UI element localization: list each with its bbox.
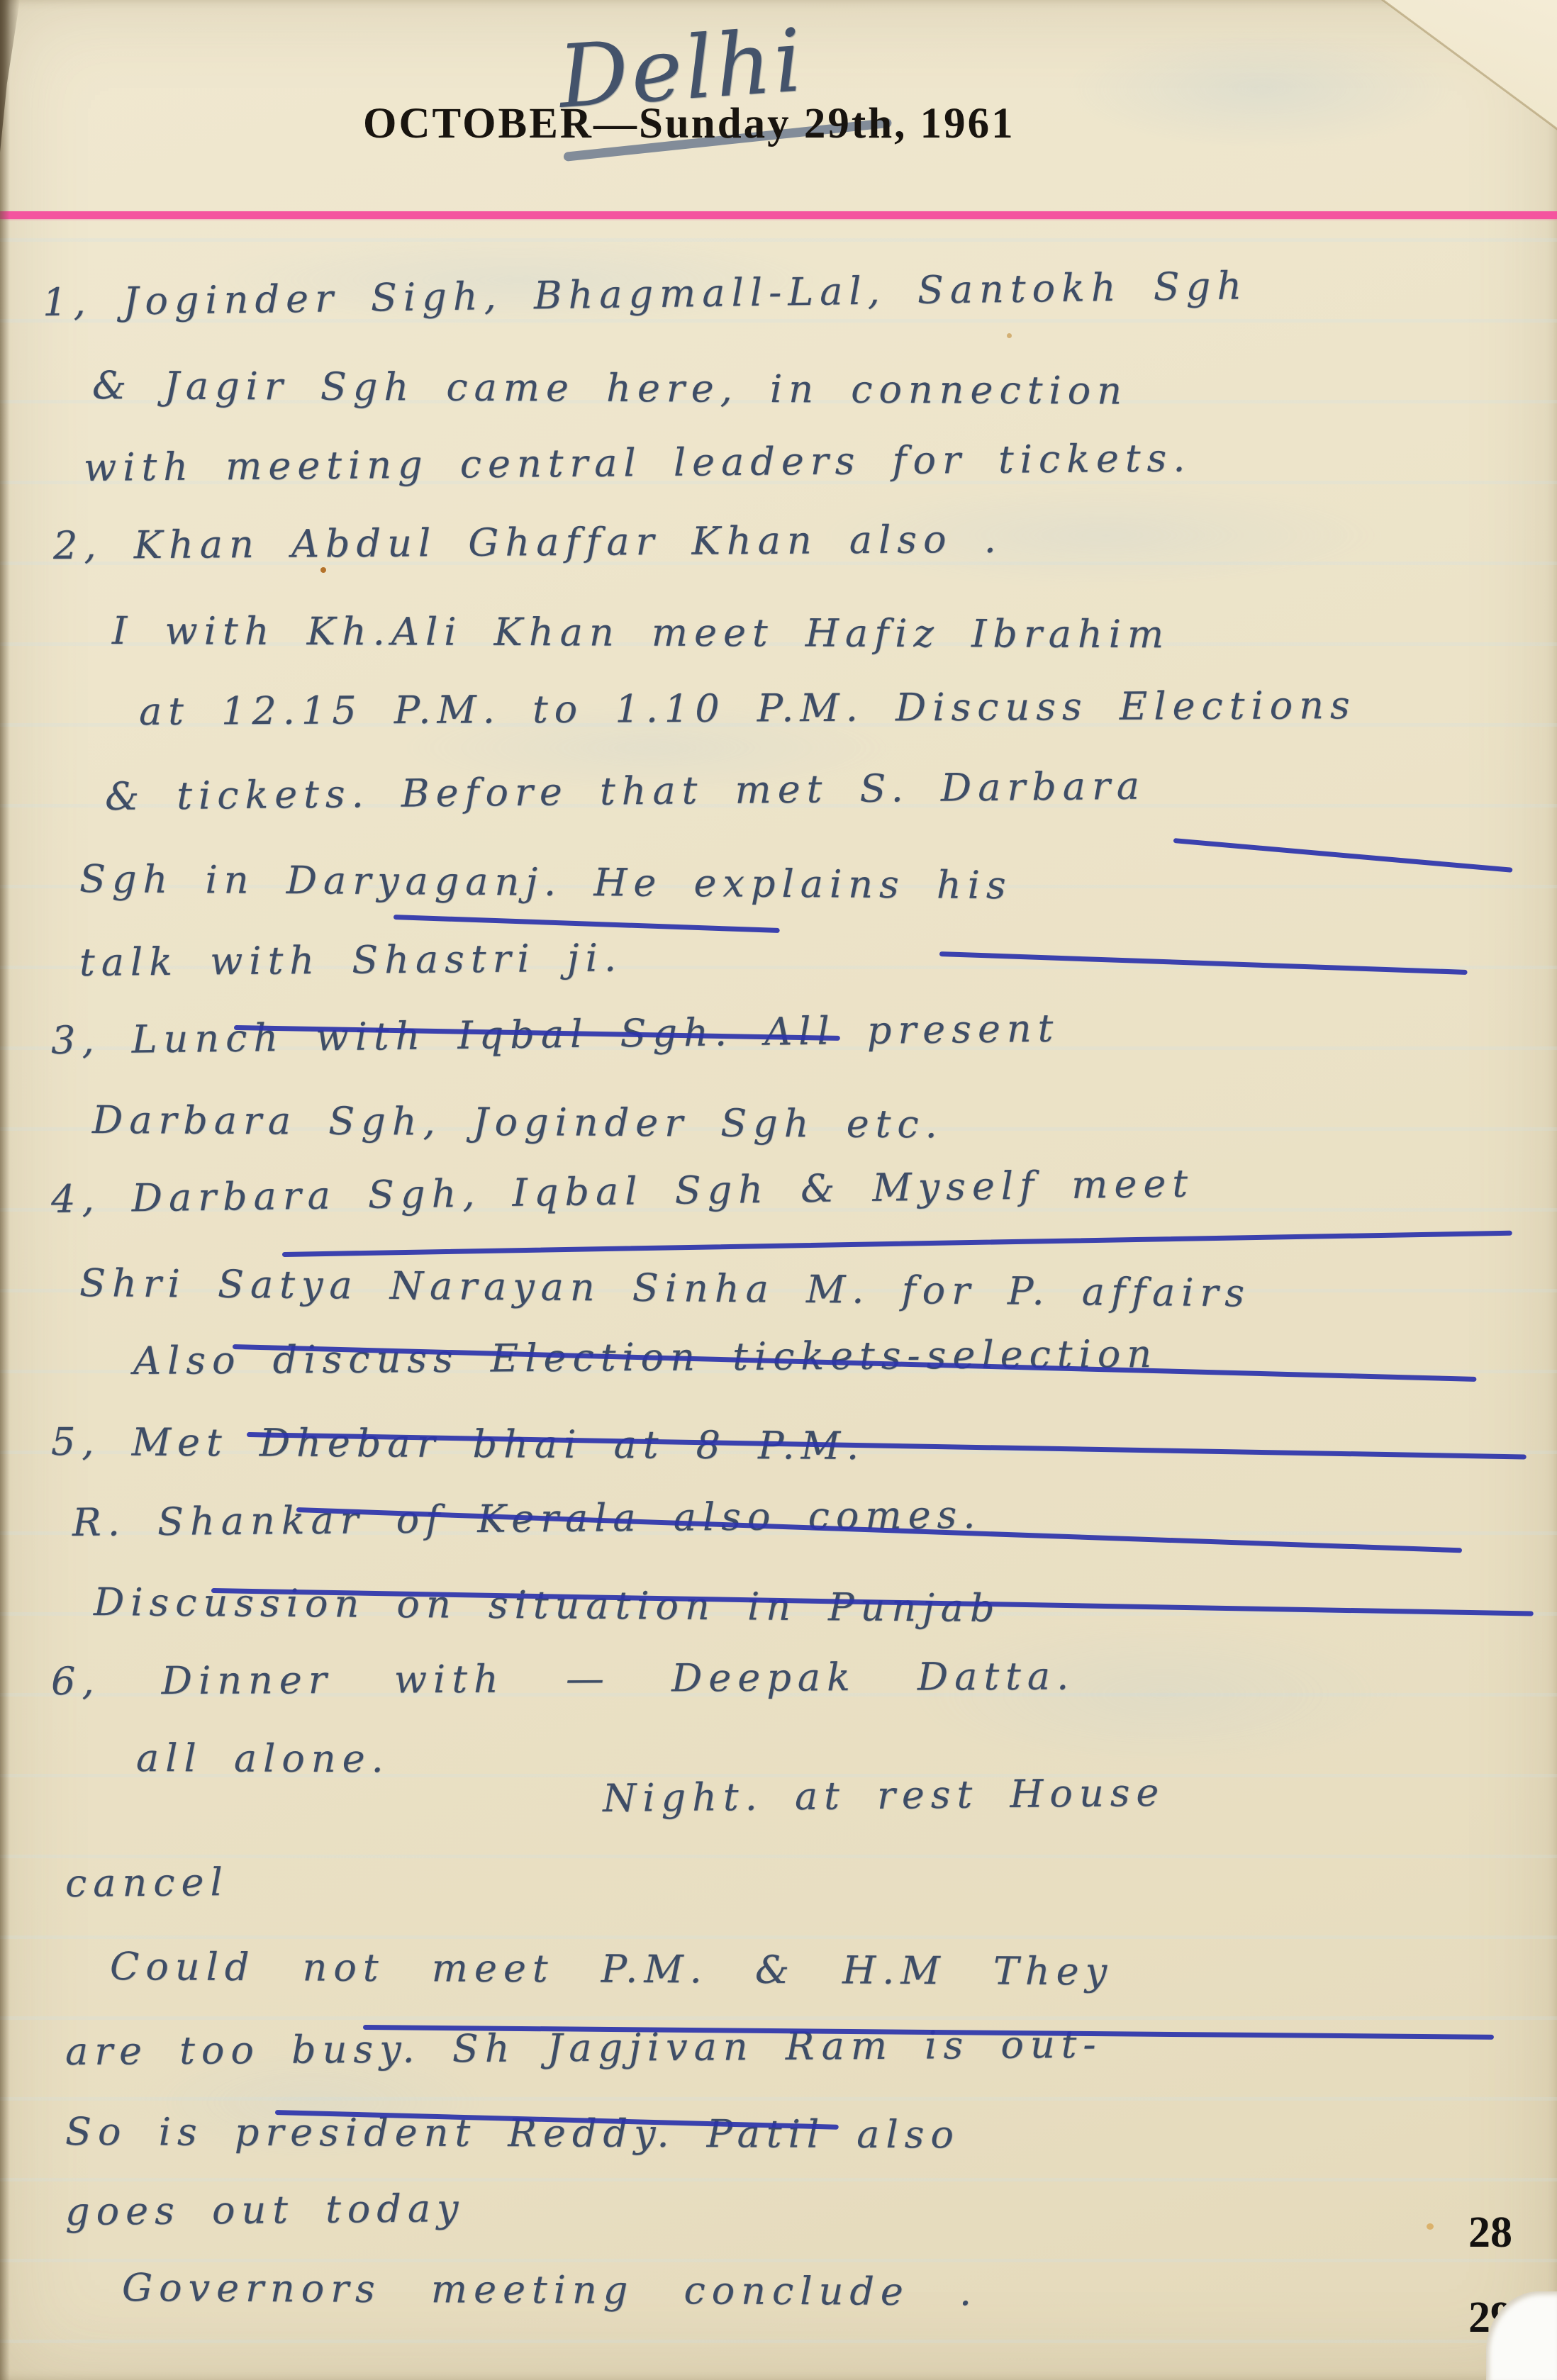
diary-line: Shri Satya Narayan Sinha M. for P. affai…	[79, 1261, 1251, 1315]
diary-line: Discussion on situation in Punjab	[94, 1580, 1001, 1631]
left-paper-edge	[0, 0, 10, 2380]
diary-line: goes out today	[65, 2186, 465, 2234]
diary-line: Sgh in Daryaganj. He explains his	[79, 856, 1012, 907]
ink-underline	[282, 1231, 1512, 1257]
diary-line: 4, Darbara Sgh, Iqbal Sgh & Myself meet	[51, 1161, 1195, 1222]
ink-underline	[939, 951, 1468, 975]
ink-underline	[1173, 838, 1513, 873]
diary-page: Delhi OCTOBER—Sunday 29th, 1961 1, Jogin…	[0, 0, 1557, 2380]
diary-line: with meeting central leaders for tickets…	[84, 435, 1192, 490]
diary-line: Night. at rest House	[603, 1770, 1166, 1821]
paper-speck	[320, 567, 326, 573]
date-header: OCTOBER—Sunday 29th, 1961	[363, 99, 1015, 149]
diary-line: cancel	[65, 1860, 229, 1906]
page-number-top: 28	[1448, 2211, 1533, 2255]
diary-line: talk with Shastri ji.	[79, 935, 623, 985]
show-through-ghost	[1064, 28, 1461, 149]
diary-line: I with Kh.Ali Khan meet Hafiz Ibrahim	[112, 608, 1170, 657]
diary-line: at 12.15 P.M. to 1.10 P.M. Discuss Elect…	[139, 683, 1356, 734]
diary-line: Darbara Sgh, Joginder Sgh etc.	[92, 1097, 944, 1146]
diary-line: 6, Dinner with — Deepak Datta.	[51, 1653, 1075, 1704]
diary-line: Governors meeting conclude .	[122, 2265, 978, 2314]
diary-line: 1, Joginder Sigh, Bhagmall-Lal, Santokh …	[43, 263, 1249, 325]
diary-line: Could not meet P.M. & H.M They	[110, 1944, 1113, 1994]
diary-line: & tickets. Before that met S. Darbara	[105, 764, 1146, 819]
diary-line: all alone.	[136, 1736, 390, 1781]
paper-speck	[1007, 333, 1012, 338]
diary-line: 2, Khan Abdul Ghaffar Khan also .	[53, 517, 1003, 568]
diary-line: & Jagir Sgh came here, in connection	[92, 363, 1128, 413]
pink-rule	[0, 211, 1557, 219]
paper-speck	[1427, 2223, 1434, 2230]
ink-underline	[394, 915, 780, 933]
